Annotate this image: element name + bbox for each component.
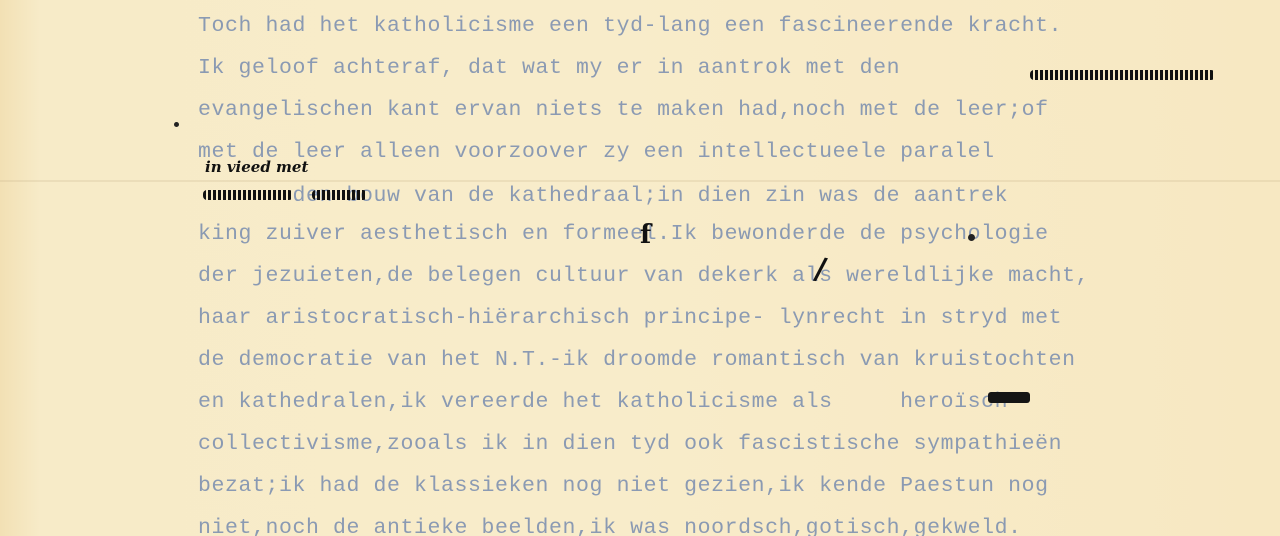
ink-dot <box>968 234 975 241</box>
text-line-7: der jezuieten,de belegen cultuur van dek… <box>198 266 1089 288</box>
paper-fold <box>0 180 1280 182</box>
text-line-3: evangelischen kant ervan niets te maken … <box>198 100 1049 122</box>
struck-word-line-5b <box>312 190 367 200</box>
text-line-13: niet,noch de antieke beelden,ik was noor… <box>198 518 1022 536</box>
handwritten-insertion: in vieed met <box>205 158 308 176</box>
struck-word-line-2 <box>1030 70 1215 80</box>
struck-word-line-5a <box>203 190 293 200</box>
ink-blot <box>988 392 1030 403</box>
margin-dot <box>174 122 179 127</box>
text-line-2: Ik geloof achteraf, dat wat my er in aan… <box>198 58 900 80</box>
text-line-9: de democratie van het N.T.-ik droomde ro… <box>198 350 1076 372</box>
text-line-1: Toch had het katholicisme een tyd-lang e… <box>198 16 1062 38</box>
text-line-8: haar aristocratisch-hiërarchisch princip… <box>198 308 1062 330</box>
text-line-6: king zuiver aesthetisch en formeel.Ik be… <box>198 224 1049 246</box>
text-line-4: met de leer alleen voorzoover zy een int… <box>198 142 995 164</box>
text-line-10: en kathedralen,ik vereerde het katholici… <box>198 392 1008 414</box>
text-line-12: bezat;ik had de klassieken nog niet gezi… <box>198 476 1049 498</box>
text-line-11: collectivisme,zooals ik in dien tyd ook … <box>198 434 1062 456</box>
ink-f-correction: f <box>640 220 651 250</box>
